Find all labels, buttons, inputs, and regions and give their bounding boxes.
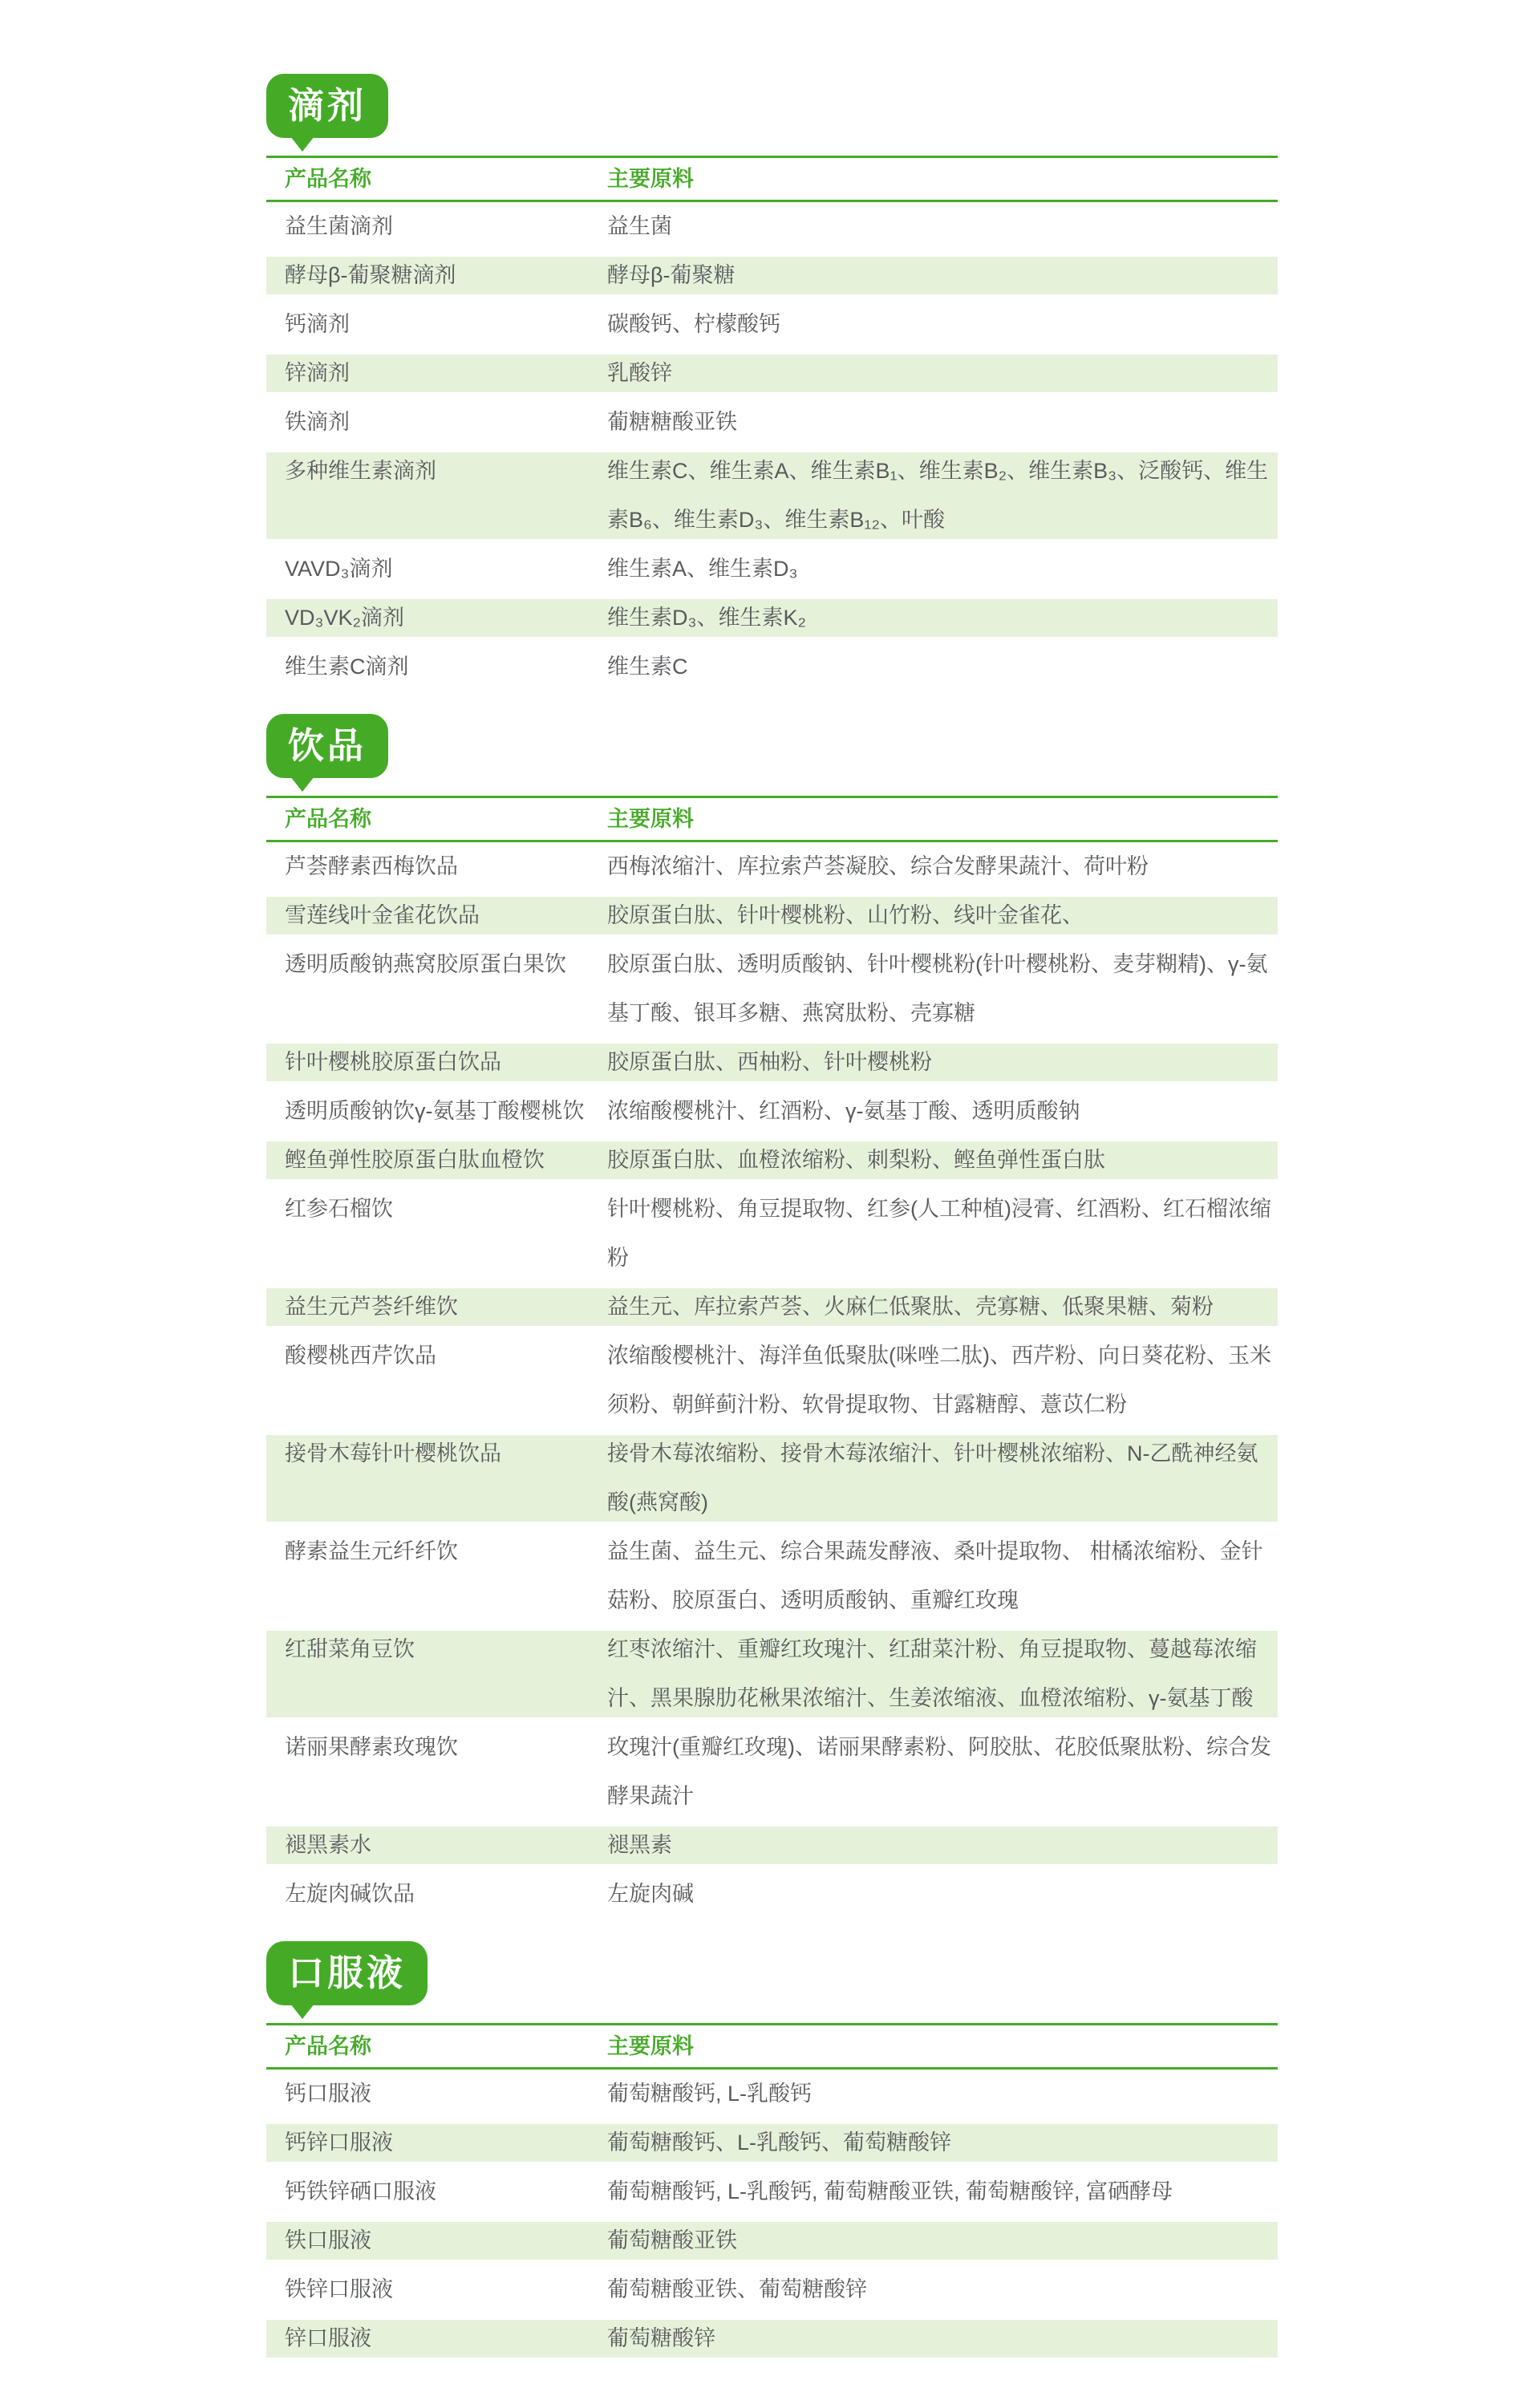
table-row: 铁滴剂 葡糖糖酸亚铁 (266, 398, 1278, 447)
section-header: 滴剂 (266, 74, 1278, 156)
ingredients-cell: 维生素D₃、维生素K₂ (607, 594, 1278, 643)
ingredients-cell: 葡萄糖酸钙、L-乳酸钙、葡萄糖酸锌 (607, 2118, 1278, 2167)
catalog-page: 滴剂 产品名称 主要原料 益生菌滴剂 益生菌 酵母β-葡聚糖滴剂 酵母β-葡聚糖… (266, 74, 1278, 2386)
badge-tail-icon (290, 776, 314, 792)
column-header-ingredients: 主要原料 (607, 2022, 1278, 2071)
product-name-cell: 透明质酸钠燕窝胶原蛋白果饮 (266, 940, 607, 1038)
ingredients-cell: 葡萄糖酸亚铁 (607, 2216, 1278, 2265)
product-name-cell: 褪黑素水 (266, 1821, 607, 1870)
product-name-cell: 钙口服液 (266, 2070, 607, 2118)
ingredients-cell: 针叶樱桃粉、角豆提取物、红参(人工种植)浸膏、红酒粉、红石榴浓缩粉 (607, 1185, 1278, 1283)
table-row: 多种维生素滴剂 维生素C、维生素A、维生素B₁、维生素B₂、维生素B₃、泛酸钙、… (266, 447, 1278, 545)
product-name-cell: VAVD₃滴剂 (266, 545, 607, 594)
ingredients-cell: 褪黑素 (607, 1821, 1278, 1870)
ingredients-cell: 接骨木莓浓缩粉、接骨木莓浓缩汁、针叶樱桃浓缩粉、N-乙酰神经氨酸(燕窝酸) (607, 1429, 1278, 1527)
product-name-cell: 红参石榴饮 (266, 1185, 607, 1283)
section-title: 滴剂 (288, 85, 367, 126)
table-row: 铁锌口服液 葡萄糖酸亚铁、葡萄糖酸锌 (266, 2265, 1278, 2314)
product-name-cell: 铁口服液 (266, 2216, 607, 2265)
ingredients-cell: 葡萄糖酸钙, L-乳酸钙, 葡萄糖酸亚铁, 葡萄糖酸锌, 富硒酵母 (607, 2167, 1278, 2216)
product-name-cell: 钙锌口服液 (266, 2118, 607, 2167)
table-row: 益生元芦荟纤维饮 益生元、库拉索芦荟、火麻仁低聚肽、壳寡糖、低聚果糖、菊粉 (266, 1283, 1278, 1332)
ingredients-cell: 胶原蛋白肽、血橙浓缩粉、刺梨粉、鲣鱼弹性蛋白肽 (607, 1136, 1278, 1185)
product-name-cell: 锌滴剂 (266, 349, 607, 398)
product-name-cell: 接骨木莓针叶樱桃饮品 (266, 1429, 607, 1527)
product-name-cell: 益生菌滴剂 (266, 202, 607, 251)
table-row: 锌口服液 葡萄糖酸锌 (266, 2314, 1278, 2363)
product-name-cell: 维生素C滴剂 (266, 643, 607, 691)
table-row: 透明质酸钠饮γ-氨基丁酸樱桃饮 浓缩酸樱桃汁、红酒粉、γ-氨基丁酸、透明质酸钠 (266, 1087, 1278, 1136)
table-row: 红参石榴饮 针叶樱桃粉、角豆提取物、红参(人工种植)浸膏、红酒粉、红石榴浓缩粉 (266, 1185, 1278, 1283)
ingredients-cell: 酵母β-葡聚糖 (607, 251, 1278, 300)
product-name-cell: 芦荟酵素西梅饮品 (266, 842, 607, 891)
ingredients-cell: 胶原蛋白肽、西柚粉、针叶樱桃粉 (607, 1038, 1278, 1087)
table-row: 钙铁锌硒口服液 葡萄糖酸钙, L-乳酸钙, 葡萄糖酸亚铁, 葡萄糖酸锌, 富硒酵… (266, 2167, 1278, 2216)
ingredients-cell: 益生菌、益生元、综合果蔬发酵液、桑叶提取物、 柑橘浓缩粉、金针菇粉、胶原蛋白、透… (607, 1527, 1278, 1625)
section-header: 饮品 (266, 714, 1278, 796)
table-body: 芦荟酵素西梅饮品 西梅浓缩汁、库拉索芦荟凝胶、综合发酵果蔬汁、荷叶粉 雪莲线叶金… (266, 842, 1278, 1919)
table-body: 钙口服液 葡萄糖酸钙, L-乳酸钙 钙锌口服液 葡萄糖酸钙、L-乳酸钙、葡萄糖酸… (266, 2070, 1278, 2363)
table-row: 针叶樱桃胶原蛋白饮品 胶原蛋白肽、西柚粉、针叶樱桃粉 (266, 1038, 1278, 1087)
product-name-cell: VD₃VK₂滴剂 (266, 594, 607, 643)
ingredients-cell: 碳酸钙、柠檬酸钙 (607, 300, 1278, 349)
table-row: 接骨木莓针叶樱桃饮品 接骨木莓浓缩粉、接骨木莓浓缩汁、针叶樱桃浓缩粉、N-乙酰神… (266, 1429, 1278, 1527)
table-row: 维生素C滴剂 维生素C (266, 643, 1278, 691)
ingredients-cell: 葡萄糖酸亚铁、葡萄糖酸锌 (607, 2265, 1278, 2314)
product-table-section: 饮品 产品名称 主要原料 芦荟酵素西梅饮品 西梅浓缩汁、库拉索芦荟凝胶、综合发酵… (266, 714, 1278, 1919)
product-name-cell: 针叶樱桃胶原蛋白饮品 (266, 1038, 607, 1087)
table-row: 钙口服液 葡萄糖酸钙, L-乳酸钙 (266, 2070, 1278, 2118)
ingredients-cell: 浓缩酸樱桃汁、红酒粉、γ-氨基丁酸、透明质酸钠 (607, 1087, 1278, 1136)
badge-tail-icon (290, 136, 314, 152)
table-header-row: 产品名称 主要原料 (266, 158, 1278, 200)
table-row: 诺丽果酵素玫瑰饮 玫瑰汁(重瓣红玫瑰)、诺丽果酵素粉、阿胶肽、花胶低聚肽粉、综合… (266, 1723, 1278, 1821)
ingredients-cell: 葡糖糖酸亚铁 (607, 398, 1278, 447)
table-header-row: 产品名称 主要原料 (266, 798, 1278, 840)
column-header-ingredients: 主要原料 (607, 795, 1278, 844)
badge-tail-icon (290, 2004, 314, 2019)
table-row: 钙锌口服液 葡萄糖酸钙、L-乳酸钙、葡萄糖酸锌 (266, 2118, 1278, 2167)
table-row: 芦荟酵素西梅饮品 西梅浓缩汁、库拉索芦荟凝胶、综合发酵果蔬汁、荷叶粉 (266, 842, 1278, 891)
table-row: 酵素益生元纤纤饮 益生菌、益生元、综合果蔬发酵液、桑叶提取物、 柑橘浓缩粉、金针… (266, 1527, 1278, 1625)
table-row: 酸樱桃西芹饮品 浓缩酸樱桃汁、海洋鱼低聚肽(咪唑二肽)、西芹粉、向日葵花粉、玉米… (266, 1332, 1278, 1429)
column-header-product: 产品名称 (266, 795, 607, 844)
ingredients-cell: 玫瑰汁(重瓣红玫瑰)、诺丽果酵素粉、阿胶肽、花胶低聚肽粉、综合发酵果蔬汁 (607, 1723, 1278, 1821)
product-name-cell: 酵母β-葡聚糖滴剂 (266, 251, 607, 300)
ingredients-cell: 胶原蛋白肽、针叶樱桃粉、山竹粉、线叶金雀花、 (607, 891, 1278, 940)
section-title: 饮品 (288, 725, 367, 766)
ingredients-cell: 胶原蛋白肽、透明质酸钠、针叶樱桃粉(针叶樱桃粉、麦芽糊精)、γ-氨基丁酸、银耳多… (607, 940, 1278, 1038)
column-header-product: 产品名称 (266, 155, 607, 204)
product-name-cell: 钙铁锌硒口服液 (266, 2167, 607, 2216)
ingredients-cell: 西梅浓缩汁、库拉索芦荟凝胶、综合发酵果蔬汁、荷叶粉 (607, 842, 1278, 891)
table-row: VAVD₃滴剂 维生素A、维生素D₃ (266, 545, 1278, 594)
ingredients-cell: 维生素A、维生素D₃ (607, 545, 1278, 594)
ingredients-cell: 维生素C、维生素A、维生素B₁、维生素B₂、维生素B₃、泛酸钙、维生素B₆、维生… (607, 447, 1278, 545)
product-table-section: 滴剂 产品名称 主要原料 益生菌滴剂 益生菌 酵母β-葡聚糖滴剂 酵母β-葡聚糖… (266, 74, 1278, 691)
product-table-section: 口服液 产品名称 主要原料 钙口服液 葡萄糖酸钙, L-乳酸钙 钙锌口服液 葡萄… (266, 1941, 1278, 2363)
section-badge: 滴剂 (266, 74, 388, 138)
table-row: 酵母β-葡聚糖滴剂 酵母β-葡聚糖 (266, 251, 1278, 300)
table-row: 锌滴剂 乳酸锌 (266, 349, 1278, 398)
table-row: 透明质酸钠燕窝胶原蛋白果饮 胶原蛋白肽、透明质酸钠、针叶樱桃粉(针叶樱桃粉、麦芽… (266, 940, 1278, 1038)
ingredients-cell: 葡萄糖酸锌 (607, 2314, 1278, 2363)
product-name-cell: 雪莲线叶金雀花饮品 (266, 891, 607, 940)
product-name-cell: 铁锌口服液 (266, 2265, 607, 2314)
section-title: 口服液 (288, 1952, 406, 1993)
table-header-row: 产品名称 主要原料 (266, 2025, 1278, 2067)
table-row: 红甜菜角豆饮 红枣浓缩汁、重瓣红玫瑰汁、红甜菜汁粉、角豆提取物、蔓越莓浓缩汁、黑… (266, 1625, 1278, 1723)
table-row: 鲣鱼弹性胶原蛋白肽血橙饮 胶原蛋白肽、血橙浓缩粉、刺梨粉、鲣鱼弹性蛋白肽 (266, 1136, 1278, 1185)
ingredients-cell: 左旋肉碱 (607, 1870, 1278, 1919)
column-header-product: 产品名称 (266, 2022, 607, 2071)
product-name-cell: 酵素益生元纤纤饮 (266, 1527, 607, 1625)
product-name-cell: 透明质酸钠饮γ-氨基丁酸樱桃饮 (266, 1087, 607, 1136)
ingredients-cell: 红枣浓缩汁、重瓣红玫瑰汁、红甜菜汁粉、角豆提取物、蔓越莓浓缩汁、黑果腺肋花楸果浓… (607, 1625, 1278, 1723)
product-name-cell: 益生元芦荟纤维饮 (266, 1283, 607, 1332)
table-row: 益生菌滴剂 益生菌 (266, 202, 1278, 251)
table-body: 益生菌滴剂 益生菌 酵母β-葡聚糖滴剂 酵母β-葡聚糖 钙滴剂 碳酸钙、柠檬酸钙… (266, 202, 1278, 691)
product-name-cell: 左旋肉碱饮品 (266, 1870, 607, 1919)
product-name-cell: 锌口服液 (266, 2314, 607, 2363)
section-header: 口服液 (266, 1941, 1278, 2023)
table-row: 雪莲线叶金雀花饮品 胶原蛋白肽、针叶樱桃粉、山竹粉、线叶金雀花、 (266, 891, 1278, 940)
product-name-cell: 酸樱桃西芹饮品 (266, 1332, 607, 1429)
table-row: 左旋肉碱饮品 左旋肉碱 (266, 1870, 1278, 1919)
column-header-ingredients: 主要原料 (607, 155, 1278, 204)
product-name-cell: 钙滴剂 (266, 300, 607, 349)
ingredients-cell: 浓缩酸樱桃汁、海洋鱼低聚肽(咪唑二肽)、西芹粉、向日葵花粉、玉米须粉、朝鲜蓟汁粉… (607, 1332, 1278, 1429)
table-row: 钙滴剂 碳酸钙、柠檬酸钙 (266, 300, 1278, 349)
table-row: VD₃VK₂滴剂 维生素D₃、维生素K₂ (266, 594, 1278, 643)
ingredients-cell: 益生菌 (607, 202, 1278, 251)
sections-container: 滴剂 产品名称 主要原料 益生菌滴剂 益生菌 酵母β-葡聚糖滴剂 酵母β-葡聚糖… (266, 74, 1278, 2363)
ingredients-cell: 维生素C (607, 643, 1278, 691)
product-name-cell: 铁滴剂 (266, 398, 607, 447)
product-name-cell: 多种维生素滴剂 (266, 447, 607, 545)
product-name-cell: 红甜菜角豆饮 (266, 1625, 607, 1723)
ingredients-cell: 益生元、库拉索芦荟、火麻仁低聚肽、壳寡糖、低聚果糖、菊粉 (607, 1283, 1278, 1332)
product-name-cell: 鲣鱼弹性胶原蛋白肽血橙饮 (266, 1136, 607, 1185)
ingredients-cell: 葡萄糖酸钙, L-乳酸钙 (607, 2070, 1278, 2118)
table-row: 褪黑素水 褪黑素 (266, 1821, 1278, 1870)
product-name-cell: 诺丽果酵素玫瑰饮 (266, 1723, 607, 1821)
ingredients-cell: 乳酸锌 (607, 349, 1278, 398)
section-badge: 口服液 (266, 1941, 428, 2005)
table-row: 铁口服液 葡萄糖酸亚铁 (266, 2216, 1278, 2265)
section-badge: 饮品 (266, 714, 388, 778)
